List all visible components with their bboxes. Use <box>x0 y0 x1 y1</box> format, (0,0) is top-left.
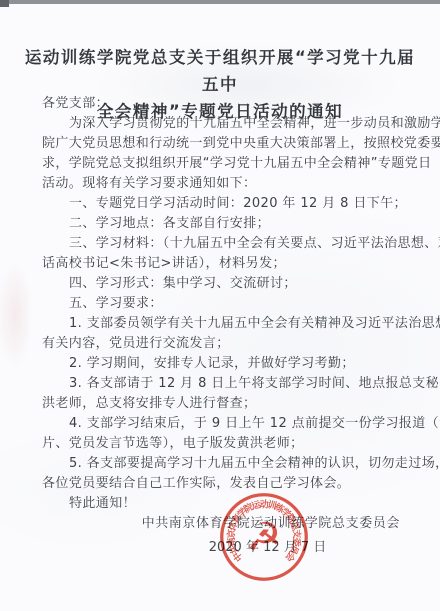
item-5-require-line: 五、学习要求： <box>42 294 412 314</box>
notice-body: 各党支部： 为深入学习贯彻党的十九届五中全会精神，进一步动员和激励学 院广大党员… <box>42 94 412 514</box>
requirement-1-line: 1. 支部委员领学有关十九届五中全会有关精神及习近平法治思想 <box>42 314 412 334</box>
salutation-line: 各党支部： <box>42 94 412 114</box>
body-line: 话高校书记<朱书记>讲话），材料另发； <box>42 254 412 274</box>
item-2-location-line: 二、学习地点：各支部自行安排； <box>42 214 412 234</box>
requirement-5-line: 5. 各支部要提高学习十九届五中全会精神的认识，切勿走过场， <box>42 454 412 474</box>
hammer-sickle-icon: ☭ <box>246 514 281 560</box>
body-line: 活动。现将有关学习要求通知如下： <box>42 174 412 194</box>
scan-edge-corner <box>0 0 9 7</box>
item-4-format-line: 四、学习形式：集中学习、交流研讨； <box>42 274 412 294</box>
body-line: 有关内容，党员进行交流发言； <box>42 334 412 354</box>
item-3-materials-line: 三、学习材料：（十九届五中全会有关要点、习近平法治思想、对 <box>42 234 412 254</box>
notice-title-line-1: 运动训练学院党总支关于组织开展“学习党十九届五中 <box>20 44 420 98</box>
official-seal: 中共南京体育学院运动训练学院总支委员会 ☭ <box>216 489 312 585</box>
scan-edge-top <box>0 0 440 4</box>
item-1-time-line: 一、专题党日学习活动时间：2020 年 12 月 8 日下午； <box>42 194 412 214</box>
requirement-2-line: 2. 学习期间，安排专人记录，并做好学习考勤； <box>42 354 412 374</box>
scanned-notice-page: 运动训练学院党总支关于组织开展“学习党十九届五中 全会精神”专题党日活动的通知 … <box>0 0 440 611</box>
requirement-4-line: 4. 支部学习结束后，于 9 日上午 12 点前提交一份学习报道（含图 <box>42 414 412 434</box>
body-line: 洪老师，总支将安排专人进行督查； <box>42 394 412 414</box>
body-line: 为深入学习贯彻党的十九届五中全会精神，进一步动员和激励学 <box>42 114 412 134</box>
body-line: 院广大党员思想和行动统一到党中央重大决策部署上，按照校党委要 <box>42 134 412 154</box>
body-line: 片、党员发言节选等），电子版发黄洪老师； <box>42 434 412 454</box>
requirement-3-line: 3. 各支部请于 12 月 8 日上午将支部学习时间、地点报总支秘书黄 <box>42 374 412 394</box>
body-line: 求，学院党总支拟组织开展“学习党十九届五中全会精神”专题党日 <box>42 154 412 174</box>
